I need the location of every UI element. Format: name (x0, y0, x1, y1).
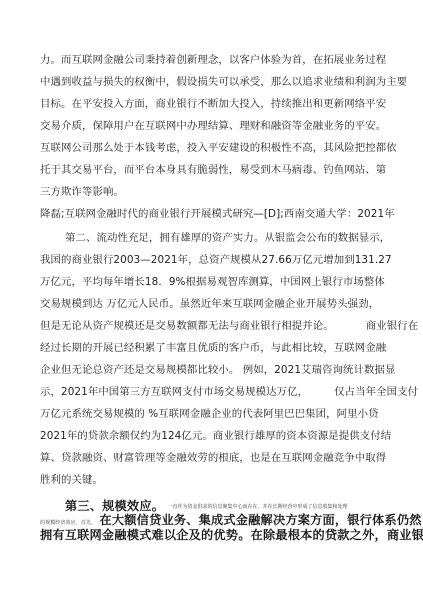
text-line: 我国的商业银行2003—2021年，总资产规模从27.66万亿元增加到131.2… (40, 254, 392, 267)
text-line: 交易规模到达 万亿元人民币。虽然近年来互联网金融企业开展势头强劲， (40, 298, 379, 311)
text-line: 经过长期的开展已经积累了丰富且优质的客户币，与此相比较，互联网金融 (40, 342, 386, 355)
text-line: 中遇到收益与损失的权衡中，假设损失可以承受，那么以追求业绩和利润为主要 (40, 76, 407, 89)
text-line: 示，2021年中国第三方互联网支付市场交易规模达万亿，仅占当年全国支付 (40, 386, 418, 399)
paragraph-three-first-line: 第三、规模效应。 一直作为资金供求的信息聚集中心而存在，并在长期经营中形成了信息… (65, 500, 348, 514)
text-line: 万亿元，平均每年增长18．9%根据易观智库测算，中国网上银行市场整体 (40, 276, 385, 289)
text-segment: 在大额信贷业务、集成式金融解决方案方面，银行体系仍然 (100, 513, 422, 527)
text-line: 力。而互联网金融公司秉持着创新理念，以客户体验为首，在拓展业务过程 (40, 54, 386, 67)
paragraph-two-first-line: 第二、流动性充足，拥有雄厚的资产实力。从银监会公布的数据显示， (65, 232, 390, 245)
document-page: 力。而互联网金融公司秉持着创新理念，以客户体验为首，在拓展业务过程 中遇到收益与… (0, 0, 423, 600)
citation-line: 降磊;互联网金融时代的商业银行开展模式研究—[D];西南交通大学：2021年 (40, 208, 395, 221)
section-heading: 第三、规模效应。 (65, 499, 164, 513)
text-line: 胜利的关键。 (40, 474, 103, 487)
text-segment: 示，2021年中国第三方互联网支付市场交易规模达万亿， (40, 386, 308, 398)
text-segment: 但是无论从资产规模还是交易数额都无法与商业银行相提并论。 (40, 320, 334, 332)
small-text: 的规模经济效应，首先， (40, 520, 96, 526)
text-line: 万亿元系统交易规模的 %互联网金融企业的代表阿里巴巴集团，阿里小贷 (40, 408, 379, 421)
small-text: 一直作为资金供求的信息聚集中心而存在，并在长期经营中形成了信息收集和处理 (168, 504, 348, 510)
text-line: 托于其交易平台，而平台本身具有脆弱性，易受到木马病毒、钓鱼网站、第 (40, 164, 386, 177)
text-line: 互联网公司那么处于本钱考虑，投入平安建设的积极性不高，其风险把控都依 (40, 142, 397, 155)
text-segment: 商业银行在 (366, 320, 418, 332)
text-line: 但是无论从资产规模还是交易数额都无法与商业银行相提并论。商业银行在 (40, 320, 418, 333)
text-line: 三方欺诈等影响。 (40, 186, 124, 199)
text-line: 拥有互联网金融模式难以企及的优势。在除最根本的贷款之外，商业银行还 (40, 529, 423, 542)
text-segment: 仅占当年全国支付 (334, 386, 418, 398)
text-line: 企业但无论总资产还是交易规模都比较小。 例如，2021艾瑞咨询统计数据显 (40, 364, 395, 377)
text-line: 算、贷款融资、财富管理等金融效劳的根底，也是在互联网金融竞争中取得 (40, 452, 386, 465)
text-line: 交易介质，保障用户在互联网中办理结算、理财和融资等金融业务的平安。 (40, 120, 386, 133)
text-line: 目标。在平安投入方面，商业银行不断加大投入，持续推出和更新网络平安 (40, 98, 386, 111)
text-line: 2021年的贷款余额仅约为124亿元。商业银行雄厚的资本资源是提供支付结 (40, 430, 391, 443)
